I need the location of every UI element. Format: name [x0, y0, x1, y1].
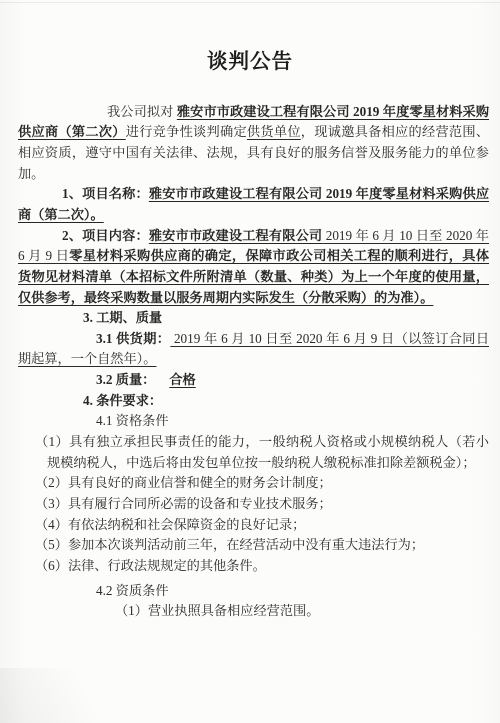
- text-segment: 我公司拟对: [107, 104, 177, 119]
- text-segment: 进行竞争性谈判确定: [126, 124, 247, 139]
- text-segment: 3.1 供货期：: [96, 331, 170, 346]
- text-segment: （4）有依法纳税和社会保障资金的良好记录；: [35, 517, 305, 532]
- text-segment: （3）具有履行合同所必需的设备和专业技术服务；: [35, 496, 332, 511]
- qualification-item-5: （5）参加本次谈判活动前三年，在经营活动中没有重大违法行为；: [18, 535, 489, 556]
- qualification-item-1: （1）具有独立承担民事责任的能力，一般纳税人资格或小规模纳税人（若小规模纳税人，…: [18, 432, 489, 473]
- qualification-item-2: （2）具有良好的商业信誉和健全的财务会计制度；: [18, 473, 489, 494]
- text-segment: 供货单位: [247, 124, 301, 139]
- clause-credential-conditions: 4.2 资质条件: [18, 581, 489, 602]
- qualification-item-3: （3）具有履行合同所必需的设备和专业技术服务；: [18, 494, 489, 515]
- document-title: 谈判公告: [0, 0, 500, 75]
- qualification-item-6: （6）法律、行政法规规定的其他条件。: [18, 556, 489, 577]
- text-segment: 3. 工期、质量: [83, 310, 162, 325]
- text-segment: （2）具有良好的商业信誉和健全的财务会计制度；: [35, 475, 332, 490]
- text-segment: （6）法律、行政法规规定的其他条件。: [35, 558, 266, 573]
- credential-item-1: （1）营业执照具备相应经营范围。: [18, 601, 489, 622]
- text-segment: 2、项目内容：: [62, 228, 149, 243]
- text-segment: （1）营业执照具备相应经营范围。: [115, 603, 319, 618]
- text-segment: 零星材料采购供应商的确定，保障市政公司相关工程的顺利进行，具体货物见材料清单（本…: [18, 248, 489, 304]
- text-segment: 4.1 资格条件: [96, 413, 169, 428]
- item-project-name: 1、项目名称：雅安市市政建设工程有限公司 2019 年度零星材料采购供应商（第二…: [18, 184, 489, 225]
- text-segment: 4.2 资质条件: [96, 583, 169, 598]
- text-segment: 合格: [169, 372, 195, 387]
- clause-quality: 3.2 质量：合格: [18, 370, 489, 391]
- scan-edge-line: [0, 2, 500, 3]
- clause-supply-period: 3.1 供货期： 2019 年 6 月 10 日至 2020 年 6 月 9 日…: [18, 329, 489, 370]
- text-segment: （1）具有独立承担民事责任的能力，一般纳税人资格或小规模纳税人（若小规模纳税人，…: [35, 434, 489, 470]
- document-body: 我公司拟对 雅安市市政建设工程有限公司 2019 年度零星材料采购供应商（第二次…: [18, 102, 489, 622]
- intro-paragraph: 我公司拟对 雅安市市政建设工程有限公司 2019 年度零星材料采购供应商（第二次…: [18, 102, 489, 185]
- qualification-item-4: （4）有依法纳税和社会保障资金的良好记录；: [18, 515, 489, 536]
- scan-corner-shadow: [0, 668, 160, 723]
- text-segment: 4. 条件要求：: [83, 393, 162, 408]
- section-4-heading: 4. 条件要求：: [18, 391, 489, 412]
- document-page: 谈判公告 我公司拟对 雅安市市政建设工程有限公司 2019 年度零星材料采购供应…: [0, 0, 500, 723]
- text-segment: 雅安市市政建设工程有限公司: [149, 228, 322, 243]
- section-3-heading: 3. 工期、质量: [18, 308, 489, 329]
- text-segment: （5）参加本次谈判活动前三年，在经营活动中没有重大违法行为；: [35, 537, 424, 552]
- text-segment: 2019 年 6 月 10 日至 2020 年 6 月 9 日（以签订合同日期起…: [18, 331, 489, 367]
- item-project-content: 2、项目内容：雅安市市政建设工程有限公司 2019 年 6 月 10 日至 20…: [18, 226, 489, 309]
- clause-qualification-conditions: 4.1 资格条件: [18, 411, 489, 432]
- text-segment: 3.2 质量：: [96, 372, 155, 387]
- text-segment: 1、项目名称：: [62, 186, 149, 201]
